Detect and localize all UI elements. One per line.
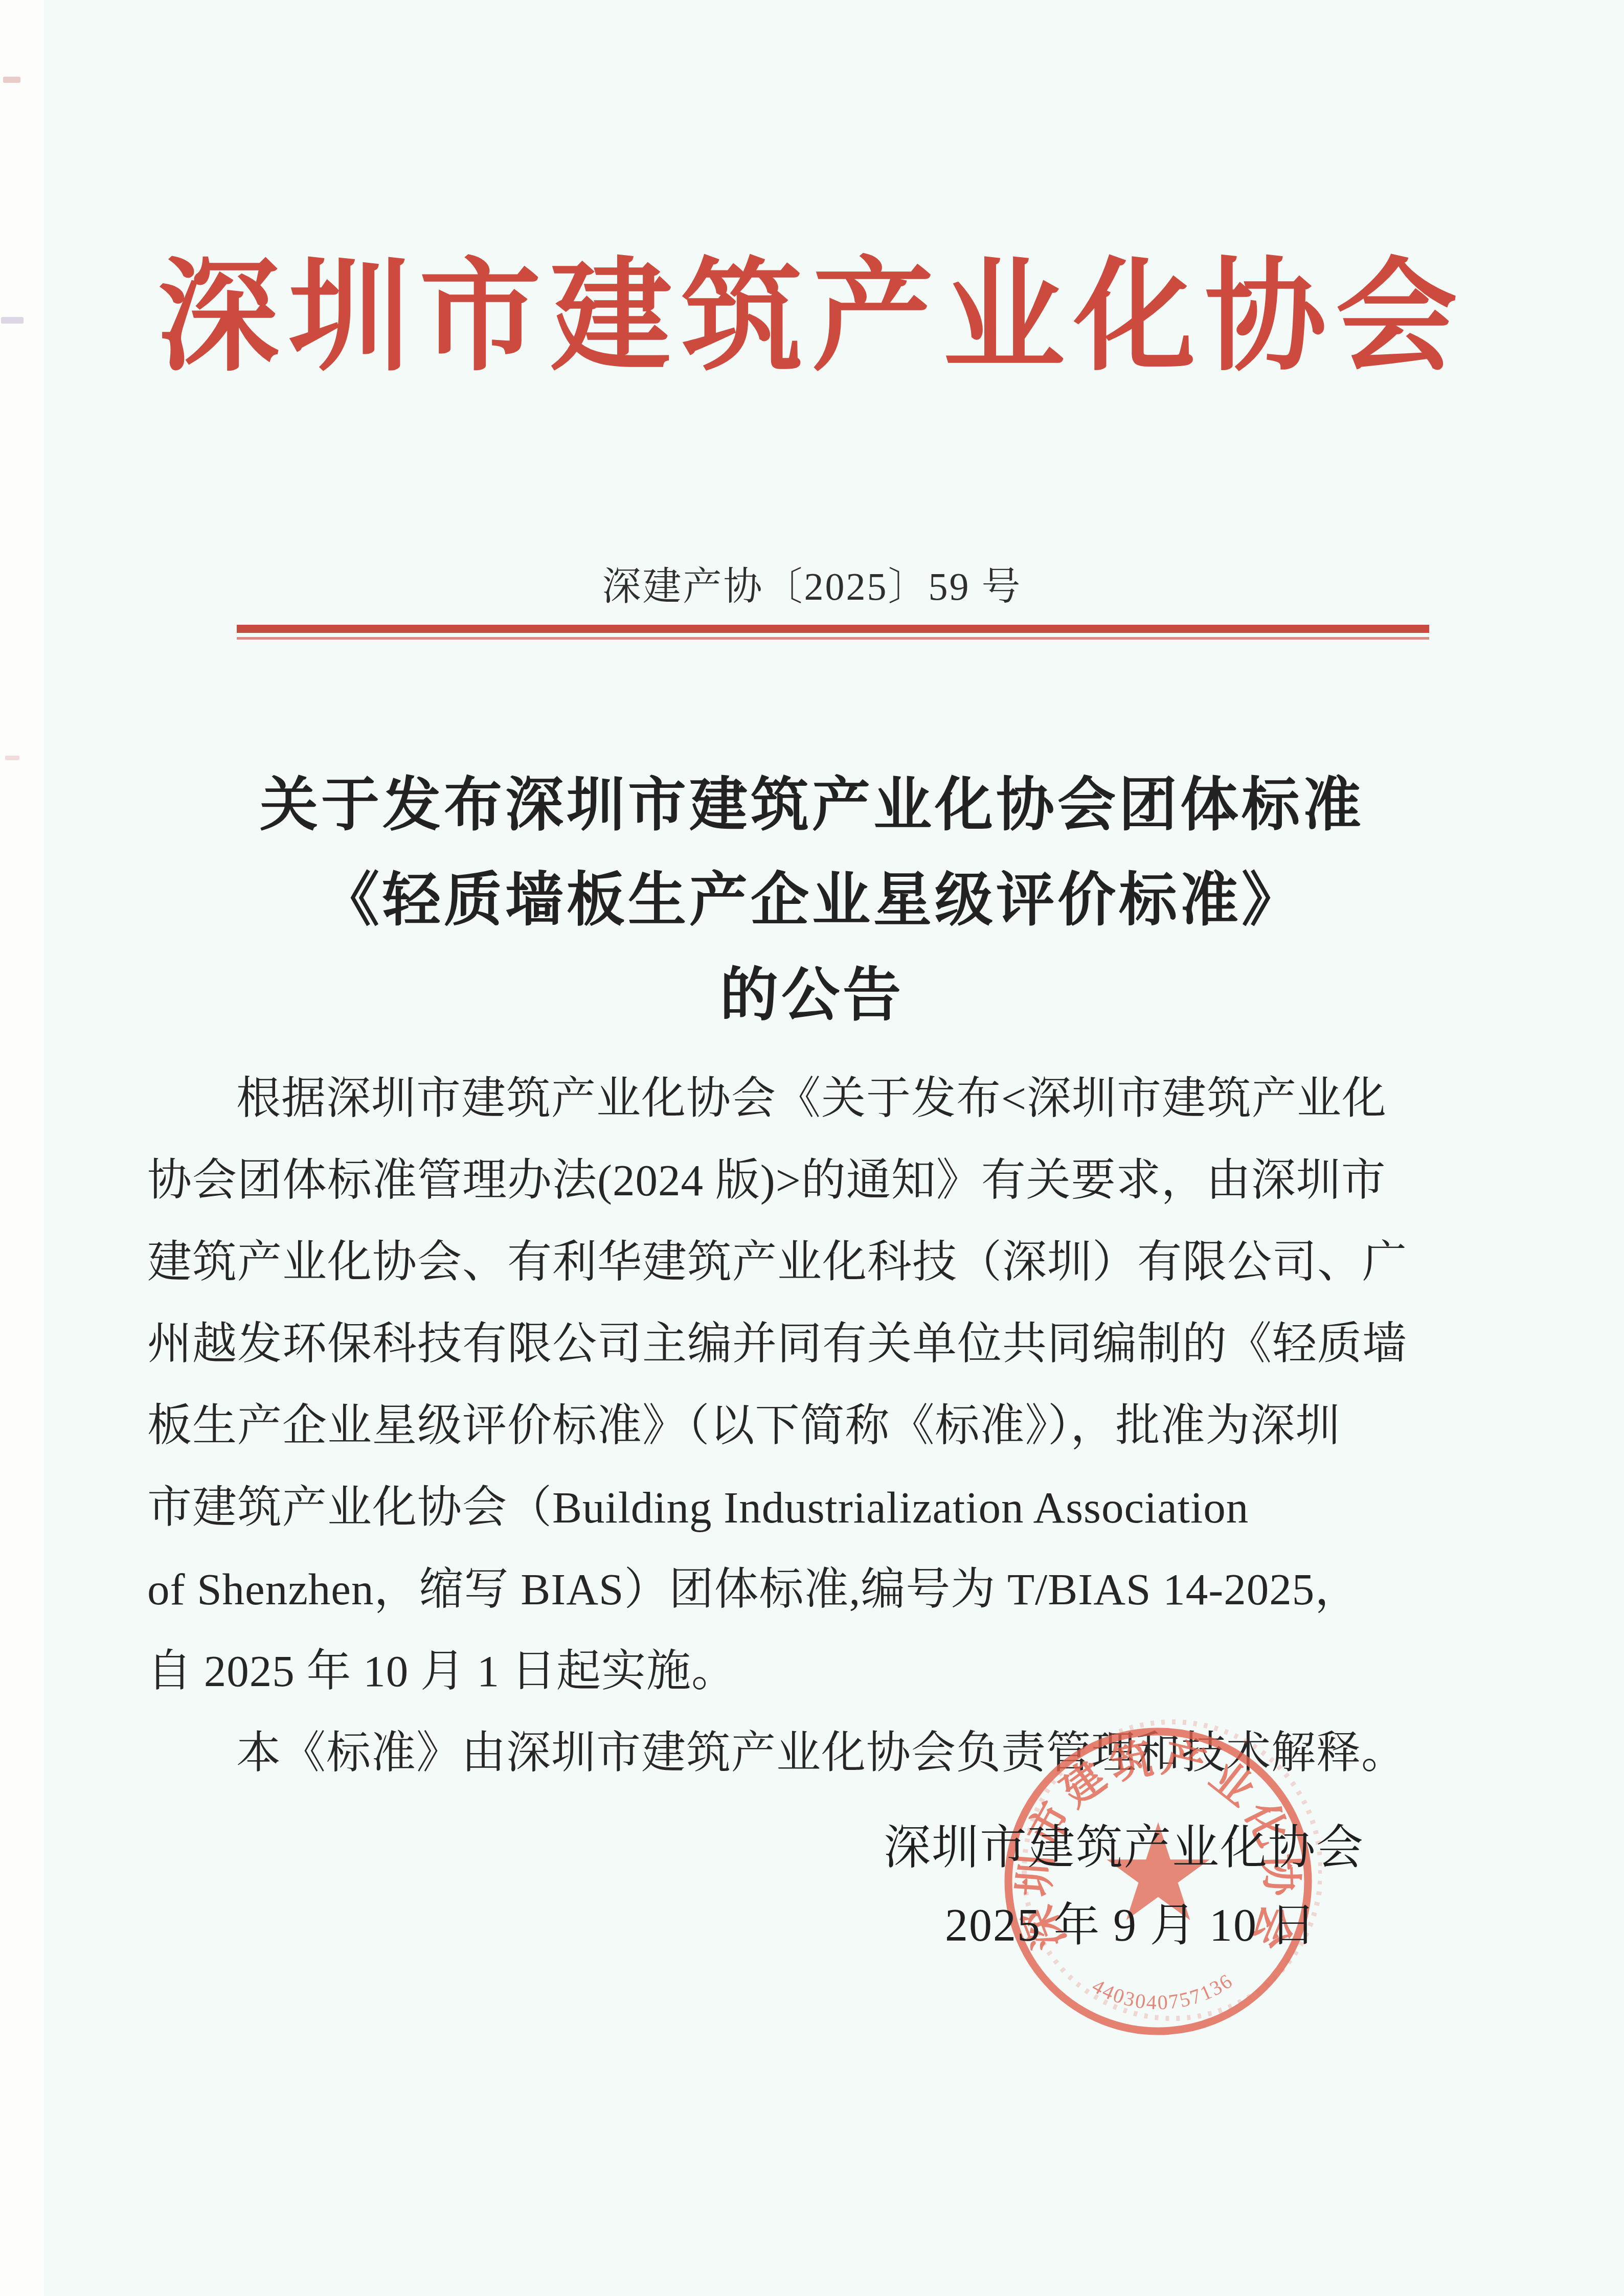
body-line: 市建筑产业化协会（Building Industrialization Asso…: [147, 1471, 1249, 1535]
body-line: 建筑产业化协会、有利华建筑产业化科技（深圳）有限公司、广: [147, 1226, 1407, 1290]
svg-text:4403040757136: 4403040757136: [1089, 1969, 1237, 2014]
body-line: 自 2025 年 10 月 1 日起实施。: [147, 1635, 736, 1699]
letterhead-org-name: 深圳市建筑产业化协会: [0, 219, 1624, 394]
body-line: 州越发环保科技有限公司主编并同有关单位共同编制的《轻质墙: [147, 1308, 1407, 1372]
body-line: 根据深圳市建筑产业化协会《关于发布<深圳市建筑产业化: [147, 1062, 1387, 1126]
signature-org-name: 深圳市建筑产业化协会: [884, 1810, 1364, 1877]
scan-artifact: [3, 77, 20, 83]
seal-code: 4403040757136: [1089, 1969, 1237, 2014]
official-seal: 深圳市建筑产业化协会 4403040757136: [995, 1718, 1322, 2045]
body-line: of Shenzhen，缩写 BIAS）团体标准,编号为 T/BIAS 14-2…: [147, 1553, 1360, 1617]
document-title-line-3: 的公告: [0, 948, 1624, 1032]
document-title-line-1: 关于发布深圳市建筑产业化协会团体标准: [0, 758, 1624, 842]
scanned-official-document: 深圳市建筑产业化协会 深建产协〔2025〕59 号 关于发布深圳市建筑产业化协会…: [0, 0, 1624, 2296]
red-header-rule: [237, 625, 1429, 633]
signature-date: 2025 年 9 月 10 日: [945, 1888, 1317, 1954]
body-line: 协会团体标准管理办法(2024 版)>的通知》有关要求，由深圳市: [147, 1144, 1386, 1208]
body-line: 板生产企业星级评价标准》（以下简称《标准》），批准为深圳: [147, 1390, 1341, 1453]
document-title-line-2: 《轻质墙板生产企业星级评价标准》: [0, 853, 1624, 937]
red-header-rule-thin: [237, 637, 1429, 640]
document-number: 深建产协〔2025〕59 号: [0, 555, 1624, 611]
